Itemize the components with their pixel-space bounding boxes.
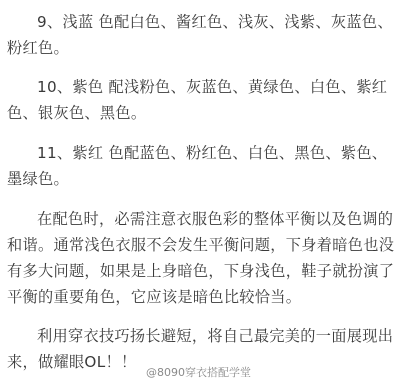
article-body: 9、浅蓝 色配白色、酱红色、浅灰、浅紫、灰蓝色、粉红色。 10、紫色 配浅粉色、…	[7, 9, 395, 386]
paragraph-color-tip-9: 9、浅蓝 色配白色、酱红色、浅灰、浅紫、灰蓝色、粉红色。	[7, 9, 395, 61]
watermark: @8090穿衣搭配学堂	[146, 364, 251, 380]
paragraph-color-tip-10: 10、紫色 配浅粉色、灰蓝色、黄绿色、白色、紫红色、银灰色、黑色。	[7, 74, 395, 126]
paragraph-balance-advice: 在配色时，必需注意衣服色彩的整体平衡以及色调的和谐。通常浅色衣服不会发生平衡问题…	[7, 206, 395, 310]
paragraph-color-tip-11: 11、紫红 色配蓝色、粉红色、白色、黑色、紫色、墨绿色。	[7, 140, 395, 192]
